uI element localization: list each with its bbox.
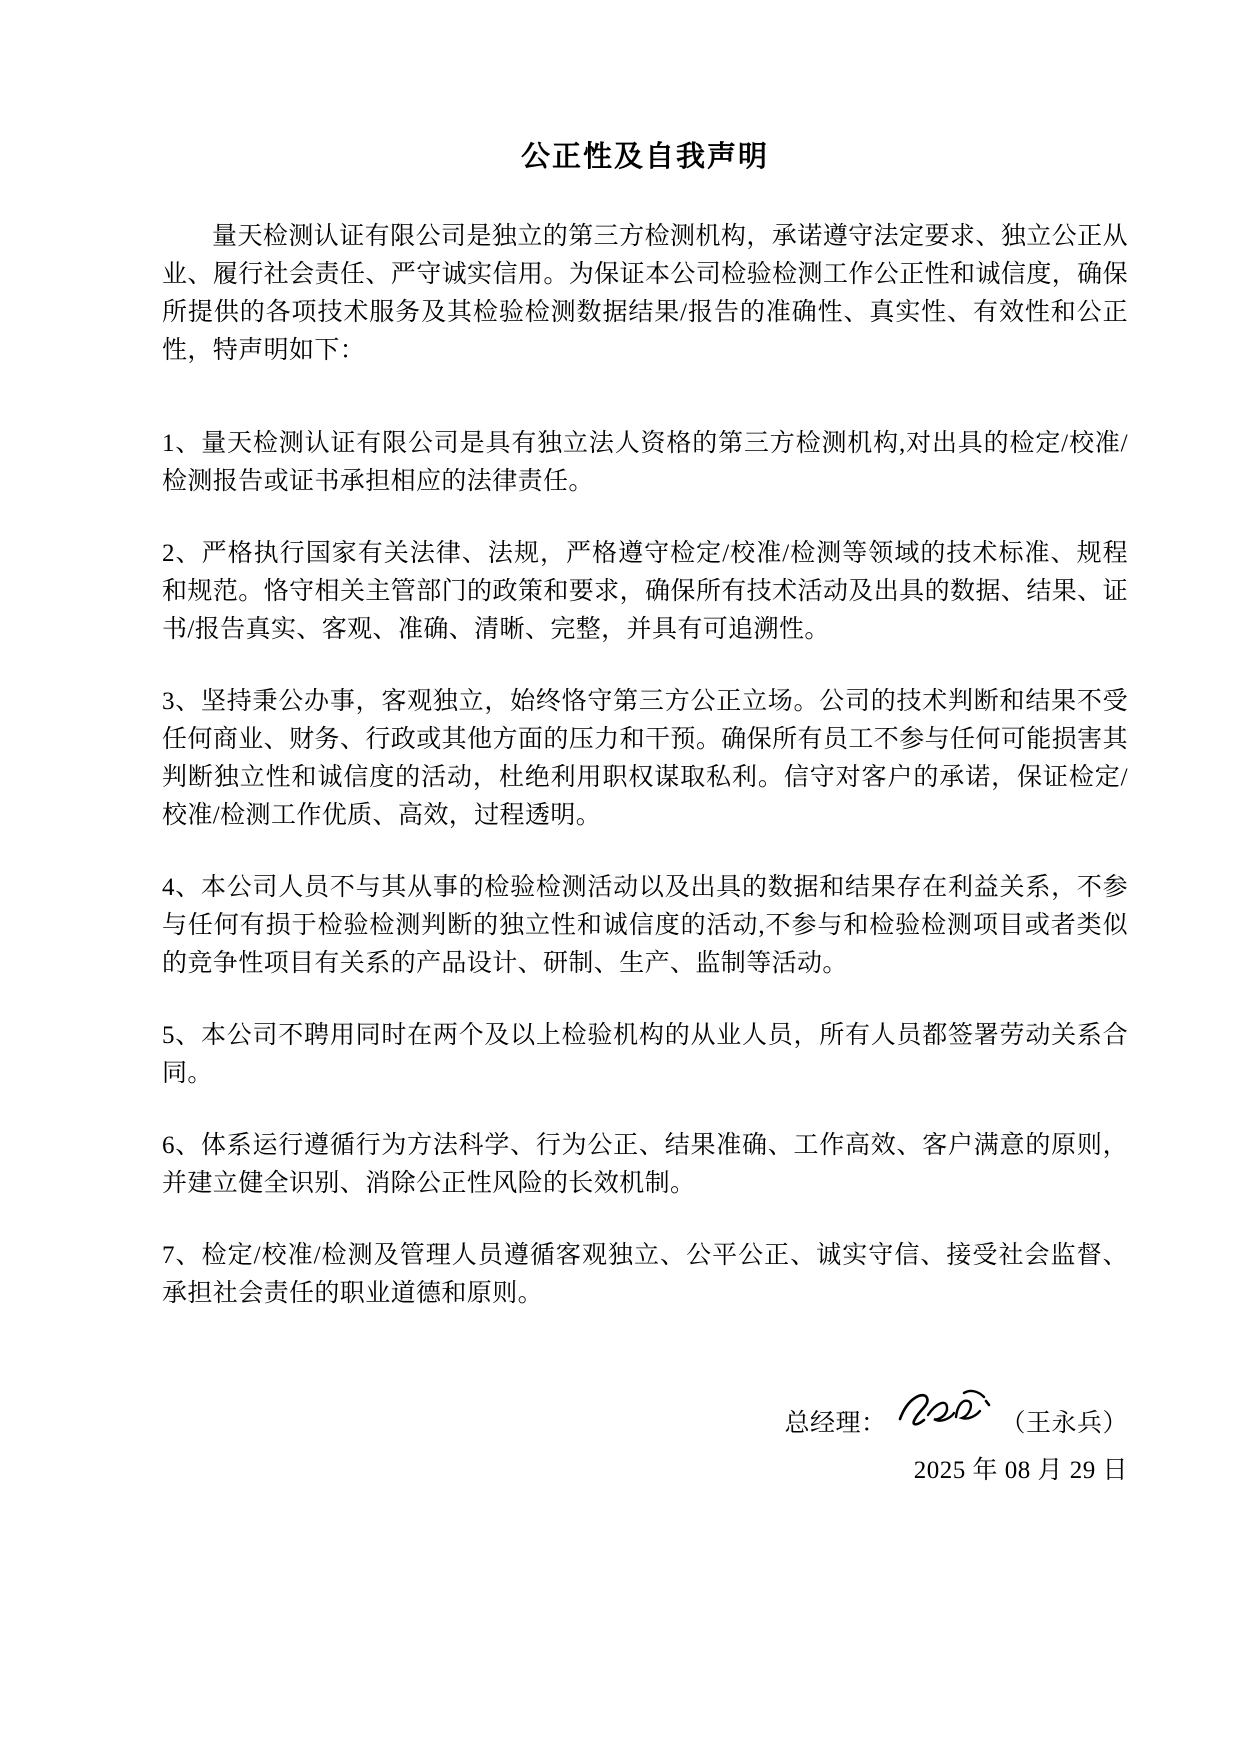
intro-paragraph: 量天检测认证有限公司是独立的第三方检测机构，承诺遵守法定要求、独立公正从业、履行…: [162, 218, 1128, 370]
declaration-item-1: 1、量天检测认证有限公司是具有独立法人资格的第三方检测机构,对出具的检定/校准/…: [162, 425, 1128, 501]
document-content: 公正性及自我声明 量天检测认证有限公司是独立的第三方检测机构，承诺遵守法定要求、…: [162, 138, 1128, 1347]
signature-role-label: 总经理：: [784, 1403, 886, 1439]
signature-row: 总经理： （王永兵）: [784, 1398, 1128, 1444]
declaration-document-page: 公正性及自我声明 量天检测认证有限公司是独立的第三方检测机构，承诺遵守法定要求、…: [0, 0, 1240, 1753]
handwritten-signature-icon: [894, 1385, 994, 1444]
signer-name: （王永兵）: [1000, 1403, 1128, 1439]
declaration-item-7: 7、检定/校准/检测及管理人员遵循客观独立、公平公正、诚实守信、接受社会监督、承…: [162, 1237, 1128, 1313]
declaration-item-3: 3、坚持秉公办事，客观独立，始终恪守第三方公正立场。公司的技术判断和结果不受任何…: [162, 683, 1128, 835]
declaration-item-5: 5、本公司不聘用同时在两个及以上检验机构的从业人员，所有人员都签署劳动关系合同。: [162, 1017, 1128, 1093]
signature-date: 2025 年 08 月 29 日: [784, 1452, 1128, 1490]
declaration-item-6: 6、体系运行遵循行为方法科学、行为公正、结果准确、工作高效、客户满意的原则，并建…: [162, 1127, 1128, 1203]
declaration-item-4: 4、本公司人员不与其从事的检验检测活动以及出具的数据和结果存在利益关系，不参与任…: [162, 869, 1128, 983]
declaration-item-2: 2、严格执行国家有关法律、法规，严格遵守检定/校准/检测等领域的技术标准、规程和…: [162, 535, 1128, 649]
page-title: 公正性及自我声明: [162, 138, 1128, 176]
signature-block: 总经理： （王永兵） 2025 年 08 月 29 日: [784, 1398, 1128, 1490]
